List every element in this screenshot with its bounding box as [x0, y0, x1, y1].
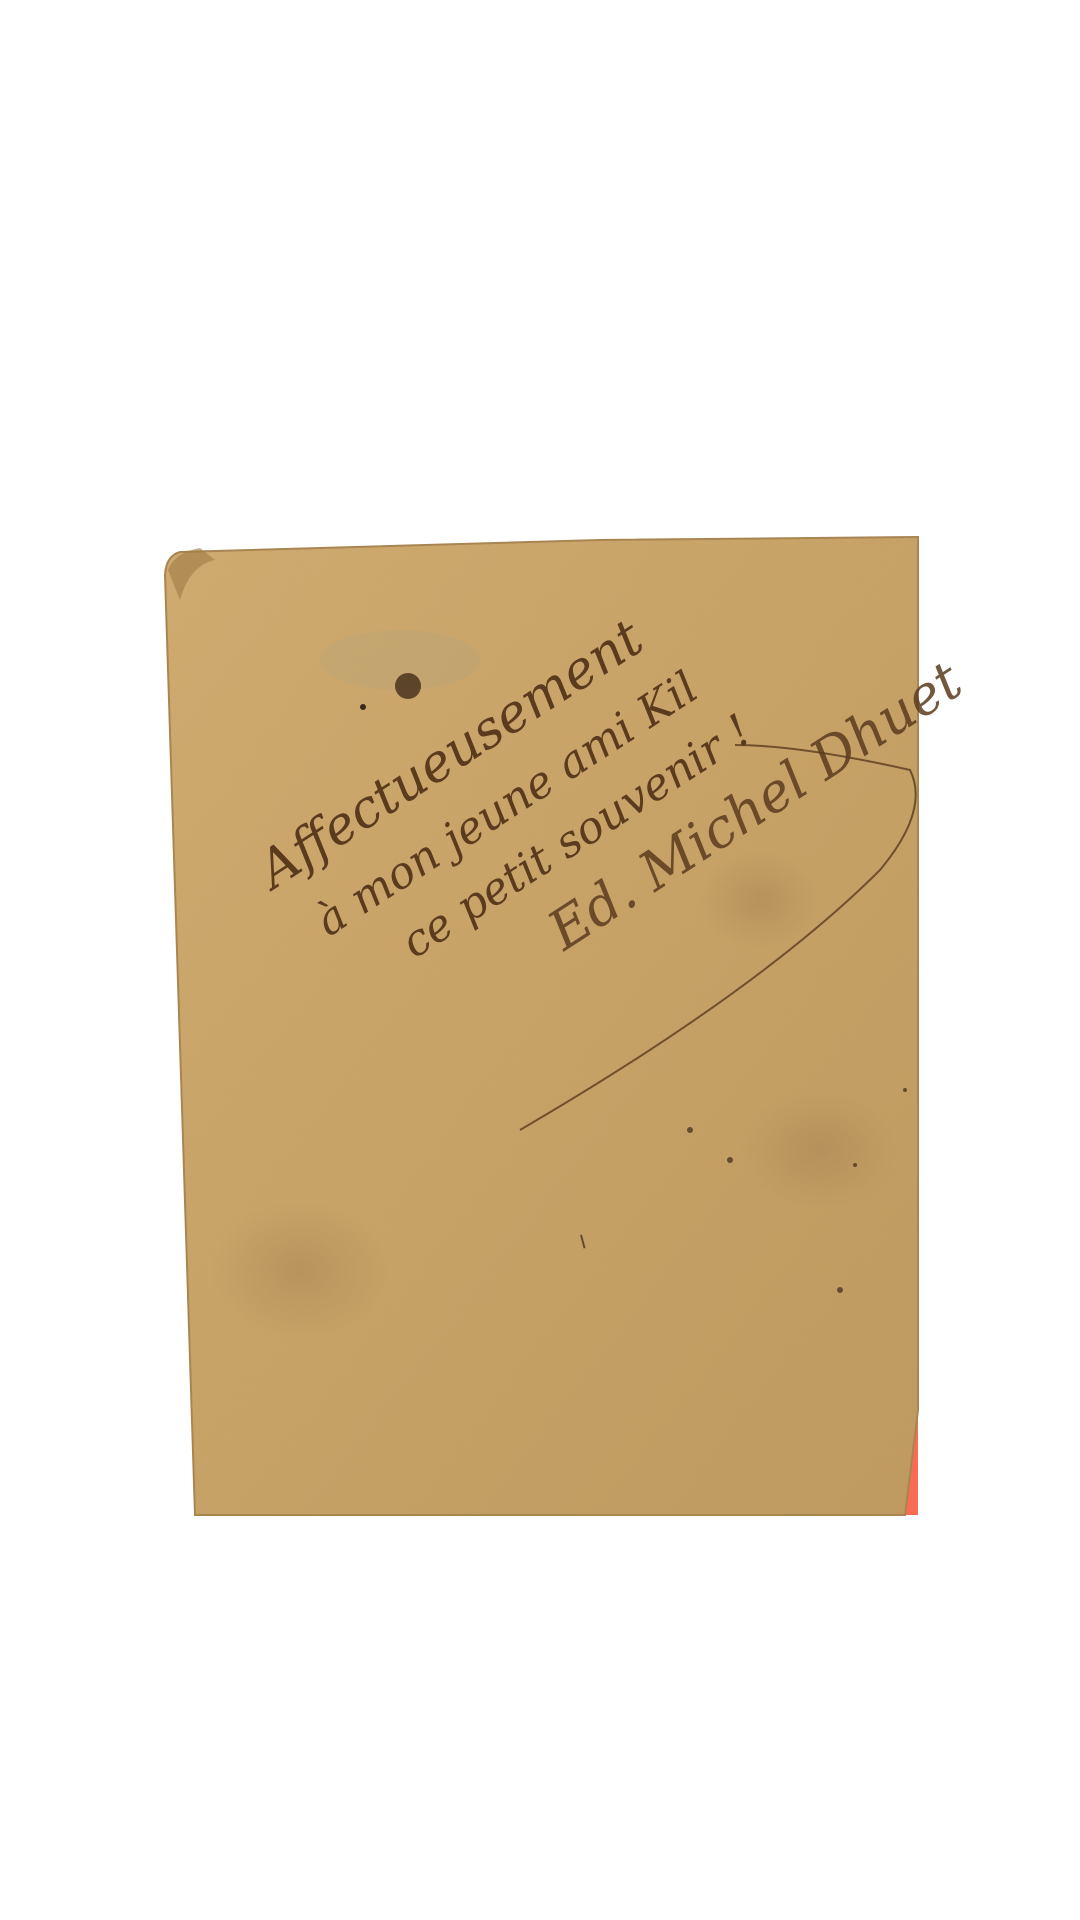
paper-cover: Affectueusement à mon jeune ami Kil ce p…: [0, 0, 1080, 1920]
photo-scene: Affectueusement à mon jeune ami Kil ce p…: [0, 0, 1080, 1920]
